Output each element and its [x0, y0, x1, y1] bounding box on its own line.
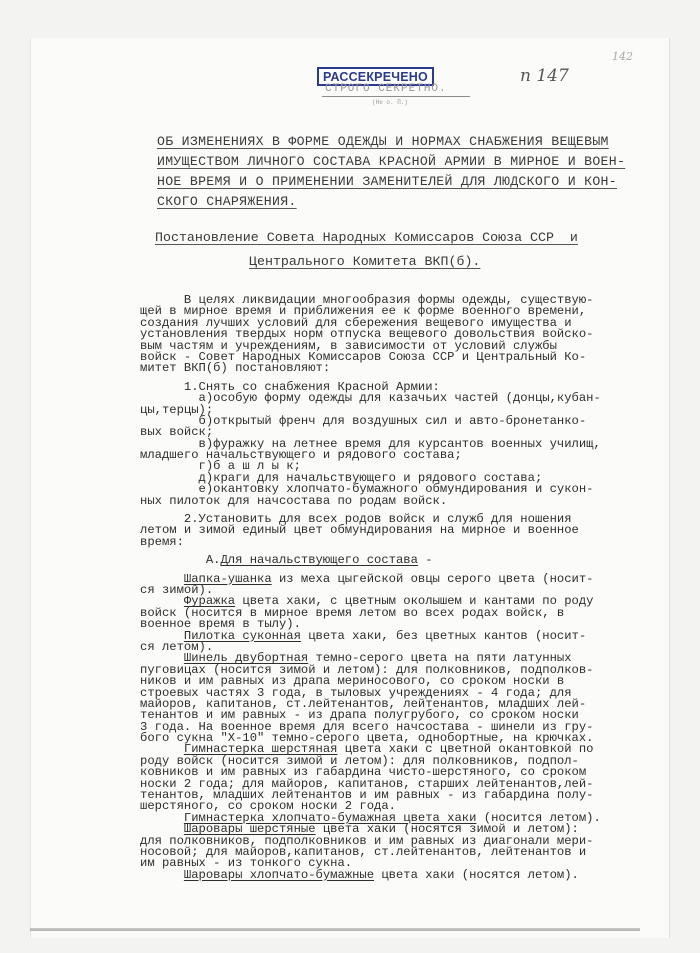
item-first-line: Шапка-ушанка из меха цыгейской овцы серо…	[140, 574, 670, 585]
subtitle-line: Центрального Комитета ВКП(б).	[155, 250, 655, 274]
struck-classification-sub: (Не о. П.)	[372, 99, 408, 106]
document-subtitle: Постановление Совета Народных Комиссаров…	[155, 226, 655, 274]
section-a-title: Для начальствующего состава	[220, 553, 417, 567]
document-title: ОБ ИЗМЕНЕНИЯХ В ФОРМЕ ОДЕЖДЫ И НОРМАХ СН…	[157, 132, 657, 212]
item-term: Шаровары хлопчато-бумажные	[184, 868, 374, 882]
document-body: В целях ликвидации многообразия формы од…	[140, 295, 670, 881]
item-first-line: Пилотка суконная цвета хаки, без цветных…	[140, 631, 670, 642]
title-line: ОБ ИЗМЕНЕНИЯХ В ФОРМЕ ОДЕЖДЫ И НОРМАХ СН…	[157, 132, 657, 152]
strike-line	[322, 96, 470, 97]
section2-line: время:	[140, 537, 670, 548]
section-a-heading: А.Для начальствующего состава -	[140, 555, 670, 566]
bottom-rule	[30, 928, 640, 931]
title-line: ИМУЩЕСТВОМ ЛИЧНОГО СОСТАВА КРАСНОЙ АРМИИ…	[157, 152, 657, 172]
handwritten-number: п 147	[520, 66, 569, 86]
section1-line: б)открытый френч для воздушных сил и авт…	[140, 416, 670, 427]
subtitle-line: Постановление Совета Народных Комиссаров…	[155, 226, 655, 250]
section1-line: а)особую форму одежды для казачьих часте…	[140, 393, 670, 404]
title-line: НОЕ ВРЕМЯ И О ПРИМЕНЕНИИ ЗАМЕНИТЕЛЕЙ ДЛЯ…	[157, 172, 657, 192]
handwritten-page-number: 142	[612, 50, 633, 63]
section1-line: ных пилоток для начсостава по родам войс…	[140, 496, 670, 507]
title-line: СКОГО СНАРЯЖЕНИЯ.	[157, 192, 657, 212]
item-first-line: Шаровары хлопчато-бумажные цвета хаки (н…	[140, 870, 670, 881]
section2-line: летом и зимой единый цвет обмундирования…	[140, 525, 670, 536]
struck-classification: СТРОГО СЕКРЕТНО.	[325, 83, 447, 95]
preamble-line: митет ВКП(б) постановляют:	[140, 363, 670, 374]
